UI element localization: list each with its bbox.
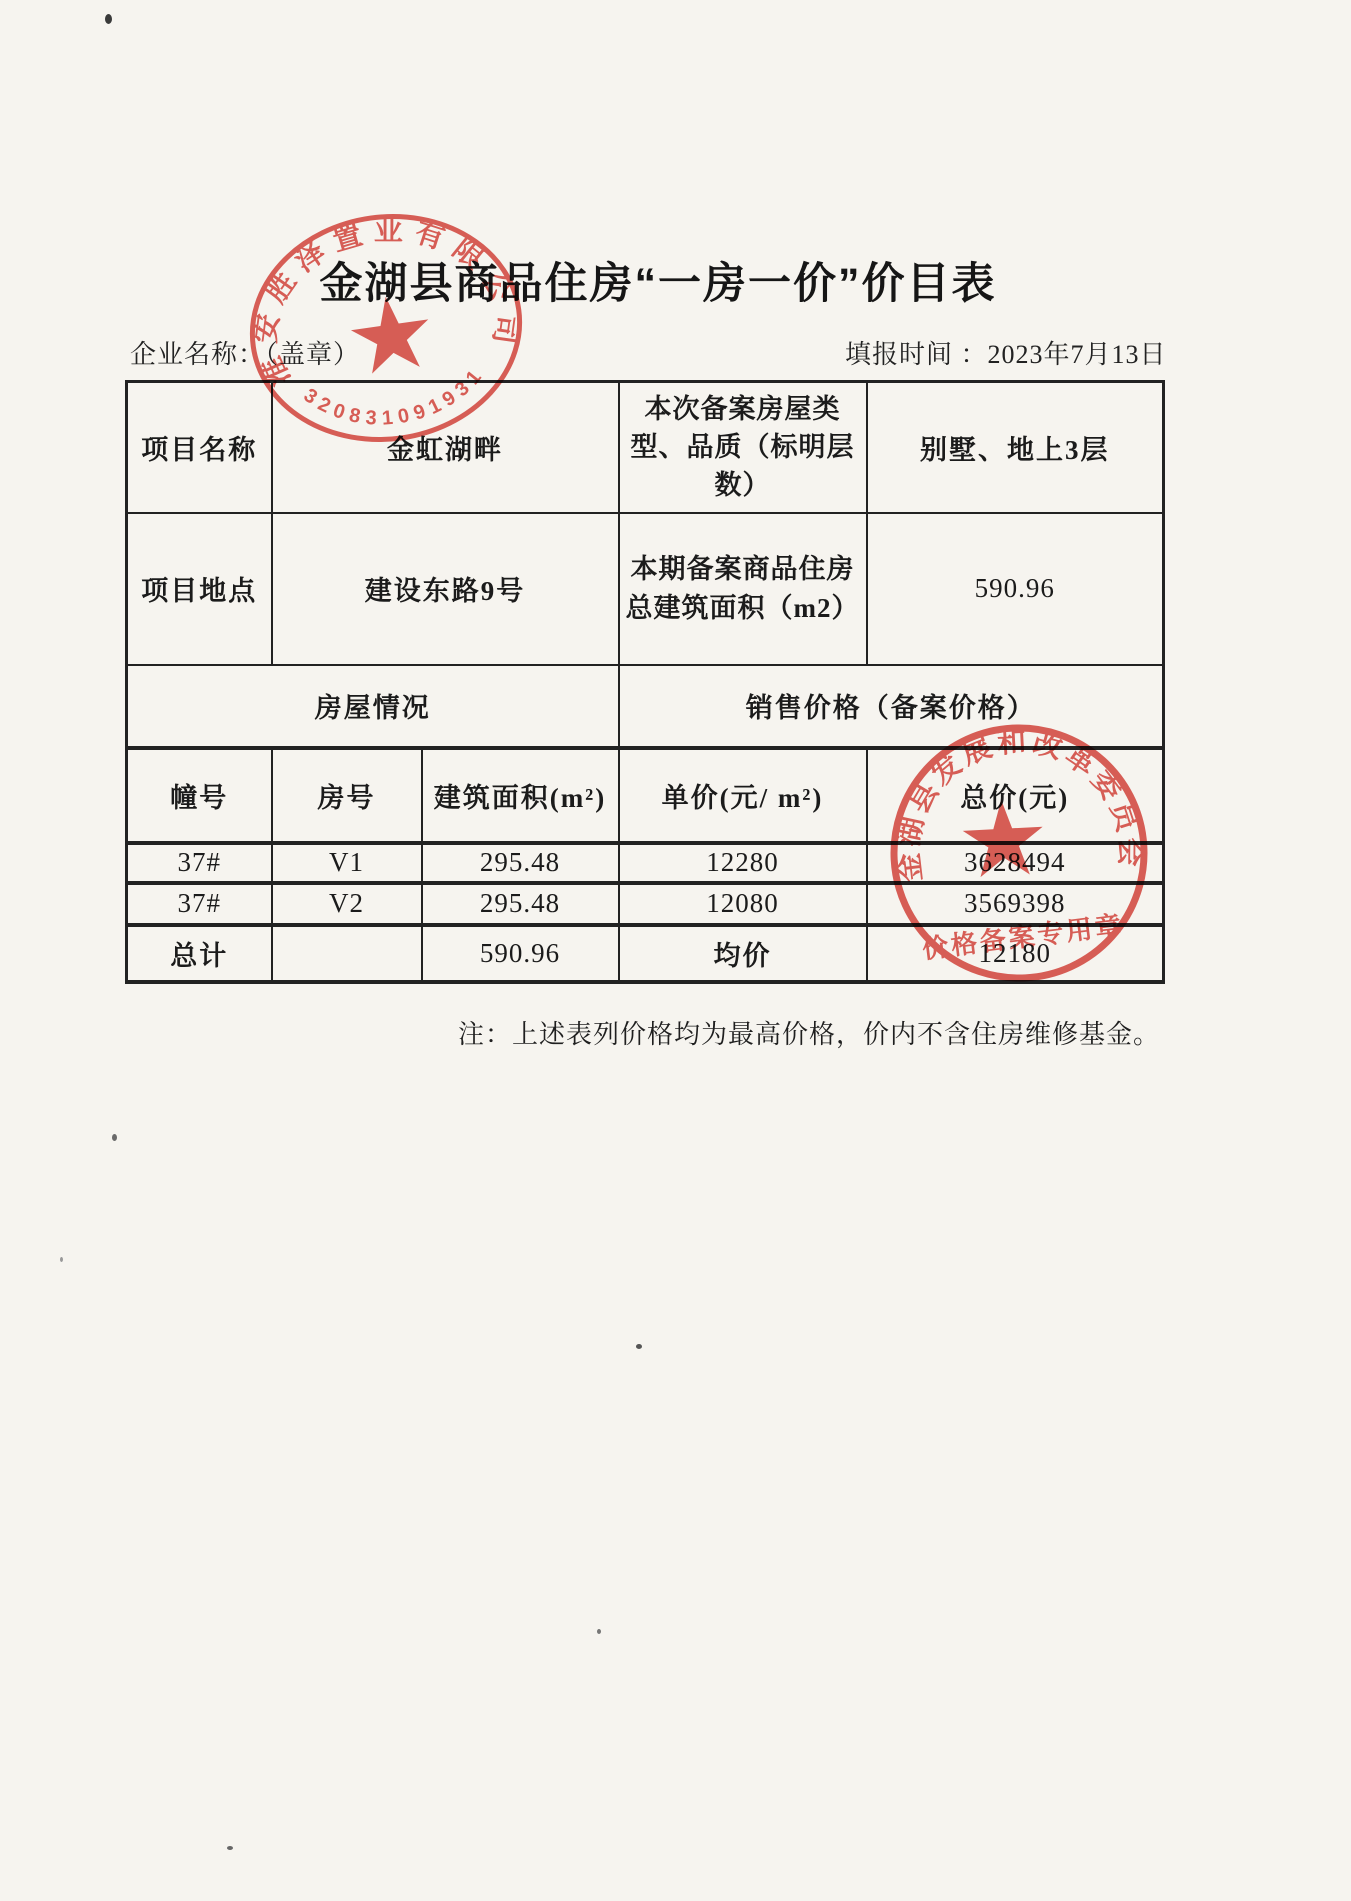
company-seal-star-icon [347,291,435,375]
project-location-label: 项目地点 [127,513,272,665]
paper-speck [60,1257,63,1262]
unit-price: 12080 [619,883,867,925]
header-building-no: 幢号 [127,748,272,843]
table-row-project-location: 项目地点 建设东路9号 本期备案商品住房总建筑面积（m2） 590.96 [127,513,1164,665]
paper-speck [1090,1024,1093,1027]
project-location-value: 建设东路9号 [272,513,619,665]
paper-speck [636,1344,642,1349]
company-seal-stamp: 淮安胜泽置业有限公司 320831091931 [230,190,550,485]
total-floor-area-value: 590.96 [867,513,1164,665]
scanned-document-page: 金湖县商品住房“一房一价”价目表 企业名称：（盖章） 填报时间 ：2023年7月… [0,0,1351,1901]
authority-seal-stamp: 金湖县发展和改革委员会 价格备案专用章 [870,703,1170,1003]
paper-speck [597,1629,601,1634]
paper-speck [105,14,112,24]
room-no: V1 [272,843,422,883]
total-area: 590.96 [422,925,619,982]
total-room-empty [272,925,422,982]
building-no: 37# [127,843,272,883]
room-no: V2 [272,883,422,925]
housing-type-label: 本次备案房屋类型、品质（标明层数） [619,382,867,513]
filing-time-line: 填报时间 ：2023年7月13日 [845,334,1167,371]
floor-area: 295.48 [422,883,619,925]
footnote: 注：上述表列价格均为最高价格，价内不含住房维修基金。 [458,1014,1160,1051]
header-unit-price: 单价(元/ m²) [619,748,867,843]
unit-price: 12280 [619,843,867,883]
floor-area: 295.48 [422,843,619,883]
building-no: 37# [127,883,272,925]
paper-speck [112,1134,117,1141]
paper-speck [227,1846,233,1850]
housing-type-value: 别墅、地上3层 [867,382,1164,513]
total-floor-area-label: 本期备案商品住房总建筑面积（m2） [619,513,867,665]
authority-seal-star-icon [961,798,1045,878]
average-price-label: 均价 [619,925,867,982]
header-room-no: 房号 [272,748,422,843]
total-label: 总计 [127,925,272,982]
header-floor-area: 建筑面积(m²) [422,748,619,843]
section-housing-info: 房屋情况 [127,665,619,748]
